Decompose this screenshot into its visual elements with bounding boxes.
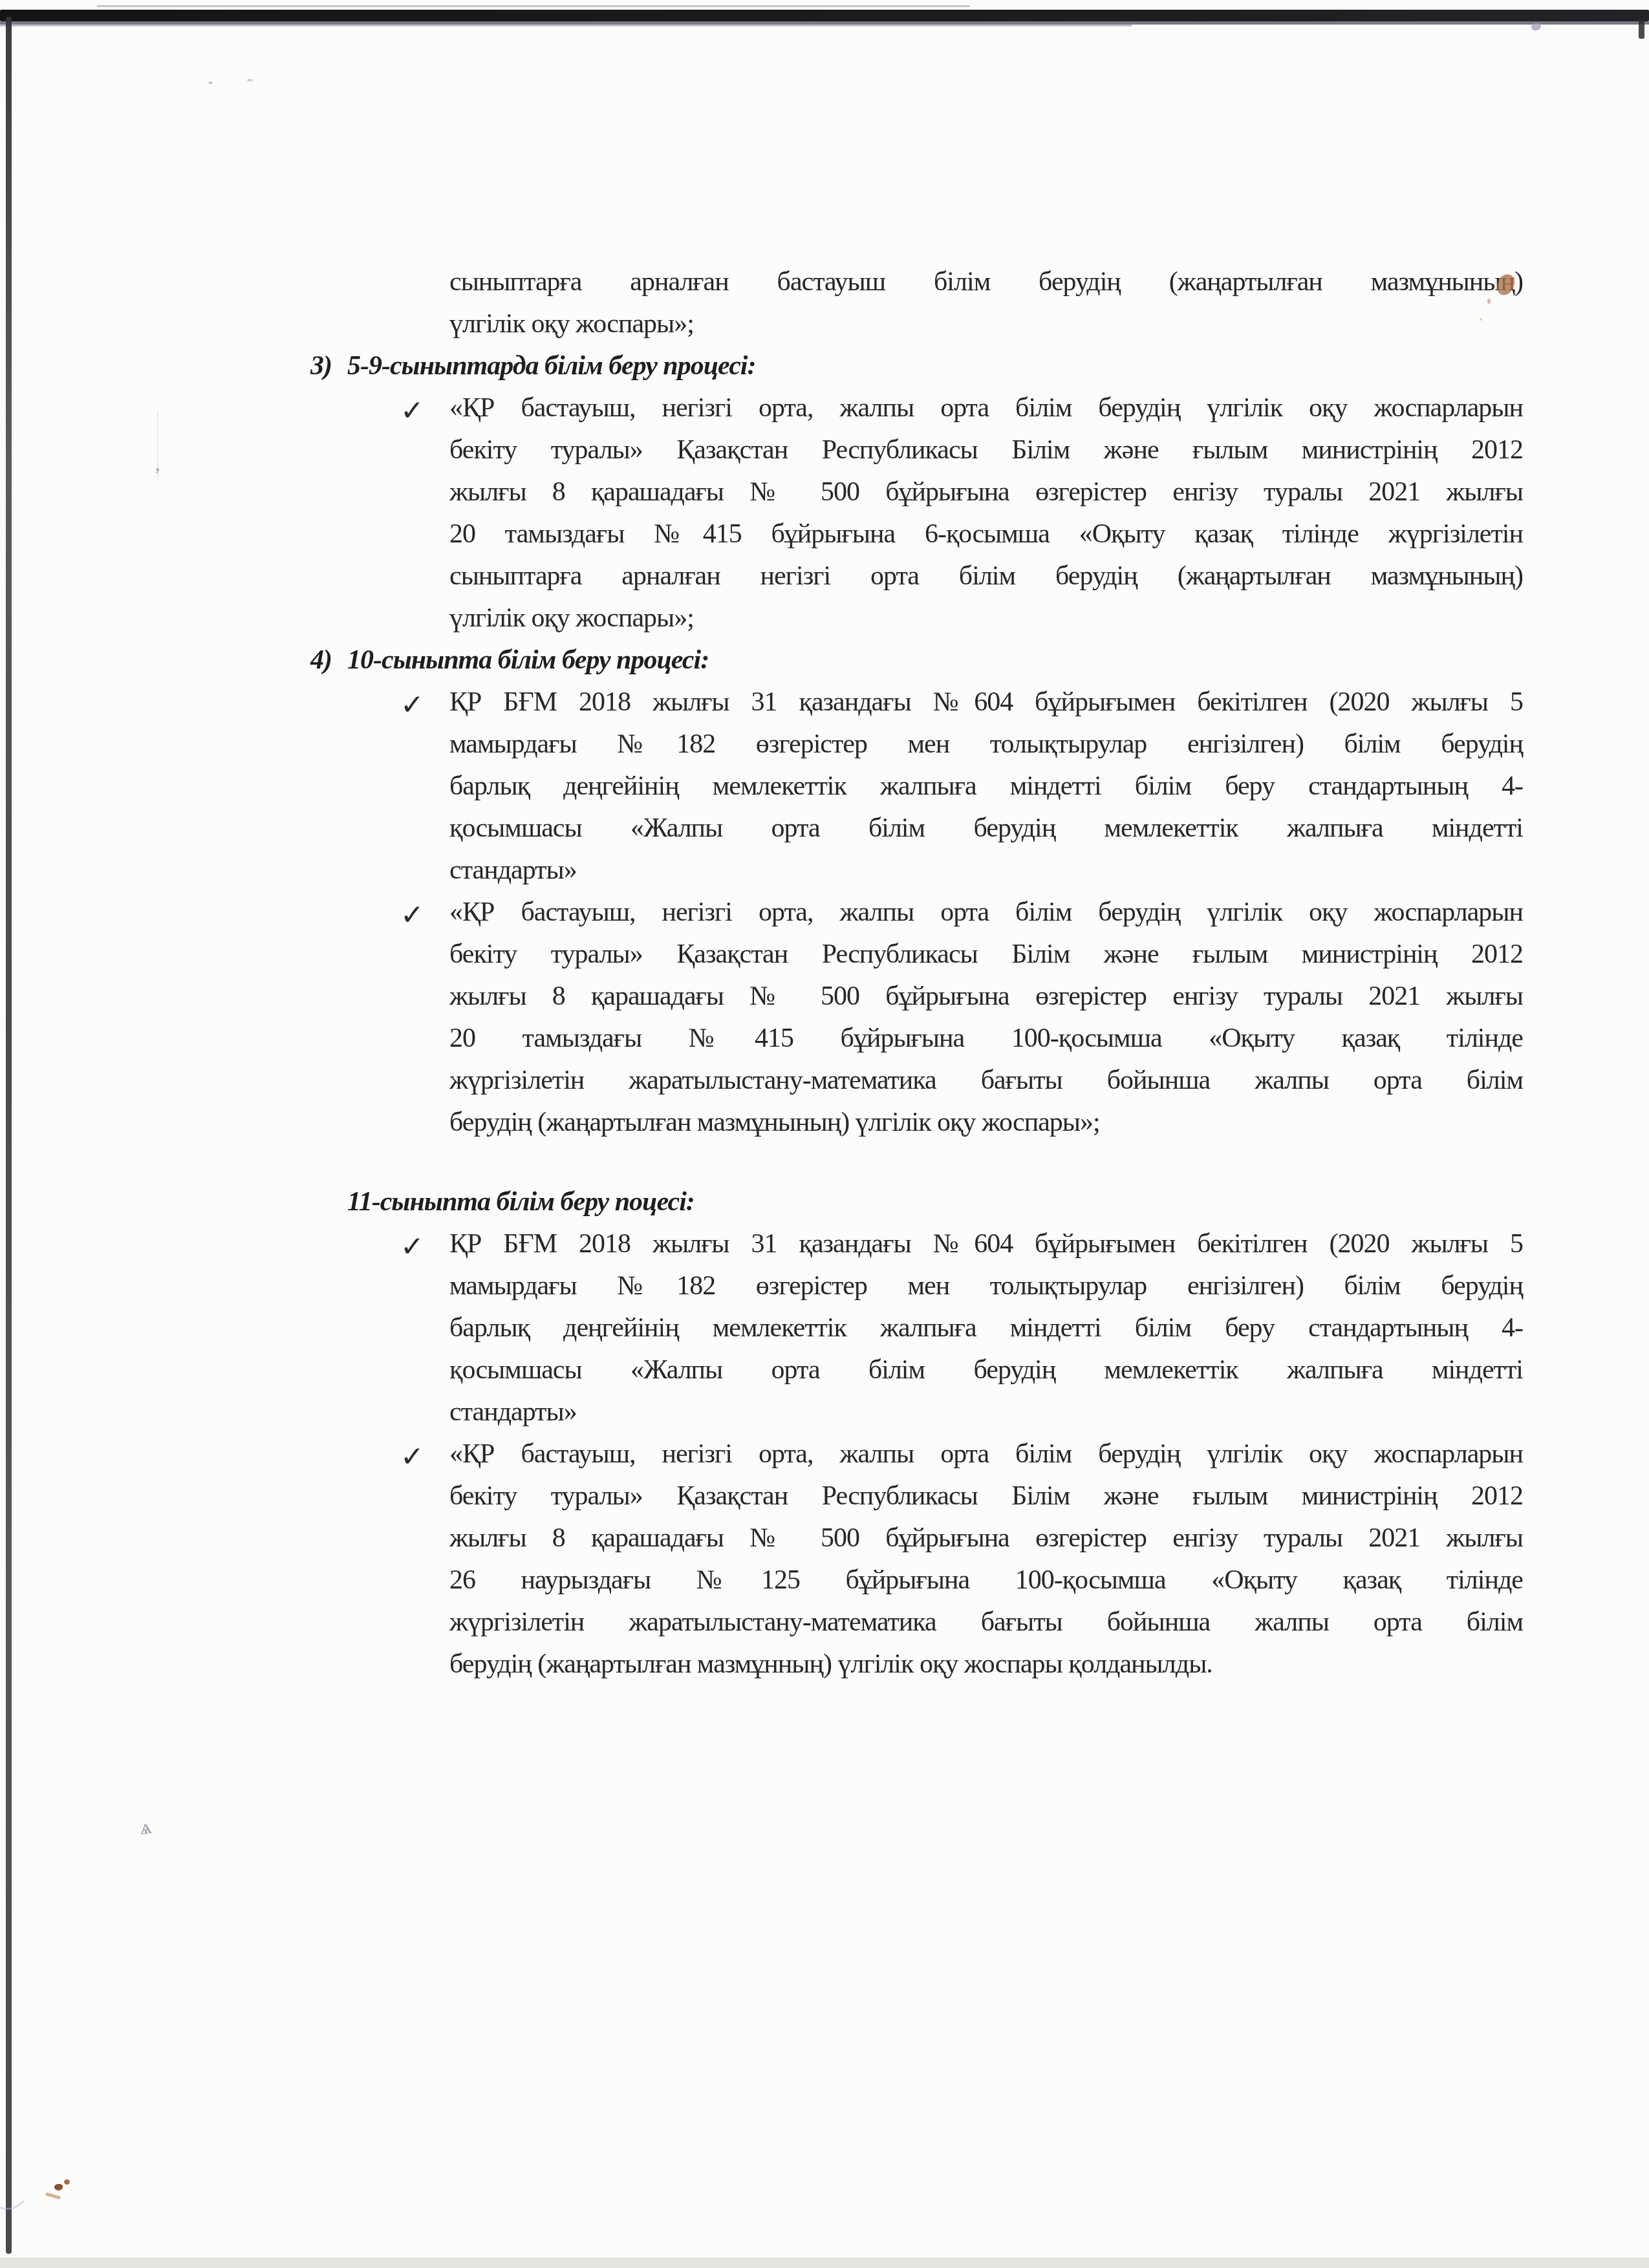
text-line: сыныптарға арналған негізгі орта білім б… <box>449 555 1523 597</box>
text-line: берудің (жаңартылған мазмұнның) үлгілік … <box>449 1643 1523 1685</box>
scan-left-edge-line <box>6 17 12 2254</box>
checkmark-icon: ✓ <box>400 1436 424 1478</box>
bullet-item: ✓ ҚР БҒМ 2018 жылғы 31 қазандағы №604 бұ… <box>449 1223 1523 1433</box>
document-body: сыныптарға арналған бастауыш білім беруд… <box>449 261 1523 1685</box>
text-line: берудің (жаңартылған мазмұнының) үлгілік… <box>449 1102 1523 1144</box>
text-line: қосымшасы «Жалпы орта білім берудің мемл… <box>449 1349 1523 1391</box>
scan-top-edge-band <box>0 10 1649 21</box>
paper-speck <box>247 79 253 81</box>
bullet-item: ✓ «ҚР бастауыш, негізгі орта, жалпы орта… <box>449 892 1523 1144</box>
section-number: 3) <box>310 345 347 387</box>
text-line: 20 тамыздағы №415 бұйрығына 100-қосымша … <box>449 1018 1523 1060</box>
scan-bottom-edge <box>0 2258 1649 2268</box>
section-heading-11: 11-сыныпта білім беру поцесі: <box>347 1181 1523 1223</box>
text-line: қосымшасы «Жалпы орта білім берудің мемл… <box>449 808 1523 850</box>
paper-speck <box>64 2179 70 2185</box>
text-line: сыныптарға арналған бастауыш білім беруд… <box>449 261 1523 303</box>
text-line: «ҚР бастауыш, негізгі орта, жалпы орта б… <box>449 1433 1523 1475</box>
text-line: бекіту туралы» Қазақстан Республикасы Бі… <box>449 429 1523 471</box>
section-title: 11-сыныпта білім беру поцесі: <box>347 1187 695 1217</box>
text-line: жүргізілетін жаратылыстану-математика ба… <box>449 1601 1523 1643</box>
text-line: ҚР БҒМ 2018 жылғы 31 қазандағы №604 бұйр… <box>449 1223 1523 1265</box>
checkmark-icon: ✓ <box>400 1226 424 1268</box>
bullet-item: ✓ «ҚР бастауыш, негізгі орта, жалпы орта… <box>449 1433 1523 1685</box>
text-line: стандарты» <box>449 1391 1523 1433</box>
text-line: бекіту туралы» Қазақстан Республикасы Бі… <box>449 1475 1523 1517</box>
paper-speck <box>45 2192 61 2199</box>
text-line: барлық деңгейінің мемлекеттік жалпыға мі… <box>449 1307 1523 1349</box>
paper-speck <box>208 81 213 84</box>
scan-top-hairline <box>97 5 970 7</box>
text-line: ҚР БҒМ 2018 жылғы 31 қазандағы №604 бұйр… <box>449 681 1523 723</box>
text-line: жылғы 8 қарашадағы № 500 бұйрығына өзгер… <box>449 1517 1523 1559</box>
bullet-item: ✓ ҚР БҒМ 2018 жылғы 31 қазандағы №604 бұ… <box>449 681 1523 892</box>
section-title: 10-сыныпта білім беру процесі: <box>347 645 709 675</box>
section-heading-3: 3)5-9-сыныптарда білім беру процесі: <box>310 345 1523 387</box>
text-line: мамырдағы №182 өзгерістер мен толықтырул… <box>449 723 1523 765</box>
section-number: 4) <box>310 639 347 681</box>
checkmark-icon: ✓ <box>400 390 424 432</box>
bullet-item: ✓ «ҚР бастауыш, негізгі орта, жалпы орта… <box>449 387 1523 639</box>
section-title: 5-9-сыныптарда білім беру процесі: <box>347 351 755 381</box>
checkmark-icon: ✓ <box>400 684 424 726</box>
paragraph-continuation: сыныптарға арналған бастауыш білім беруд… <box>449 261 1523 345</box>
stray-mark: ’ <box>153 463 160 487</box>
text-line: жылғы 8 қарашадағы № 500 бұйрығына өзгер… <box>449 471 1523 513</box>
section-heading-4: 4)10-сыныпта білім беру процесі: <box>310 639 1523 681</box>
text-line: үлгілік оқу жоспары»; <box>449 303 1523 345</box>
text-line: жүргізілетін жаратылыстану-математика ба… <box>449 1060 1523 1102</box>
paper-speck <box>54 2184 63 2190</box>
text-line: үлгілік оқу жоспары»; <box>449 597 1523 639</box>
scan-top-edge-shadow-2 <box>0 25 1132 27</box>
text-line: барлық деңгейінің мемлекеттік жалпыға мі… <box>449 765 1523 808</box>
text-line: 26 наурыздағы №125 бұйрығына 100-қосымша… <box>449 1559 1523 1601</box>
text-line: «ҚР бастауыш, негізгі орта, жалпы орта б… <box>449 892 1523 934</box>
text-line: «ҚР бастауыш, негізгі орта, жалпы орта б… <box>449 387 1523 429</box>
text-line: стандарты» <box>449 850 1523 892</box>
text-line: бекіту туралы» Қазақстан Республикасы Бі… <box>449 934 1523 976</box>
text-line: 20 тамыздағы №415 бұйрығына 6-қосымша «О… <box>449 513 1523 555</box>
checkmark-icon: ✓ <box>400 894 424 936</box>
text-line: жылғы 8 қарашадағы № 500 бұйрығына өзгер… <box>449 976 1523 1018</box>
stray-mark: ѧ <box>138 1813 153 1839</box>
scan-arc-mark <box>0 2146 32 2210</box>
text-line: мамырдағы №182 өзгерістер мен толықтырул… <box>449 1265 1523 1307</box>
ink-speck <box>1480 318 1482 321</box>
scan-corner-hook <box>1639 19 1644 39</box>
ink-speck <box>1487 299 1491 304</box>
